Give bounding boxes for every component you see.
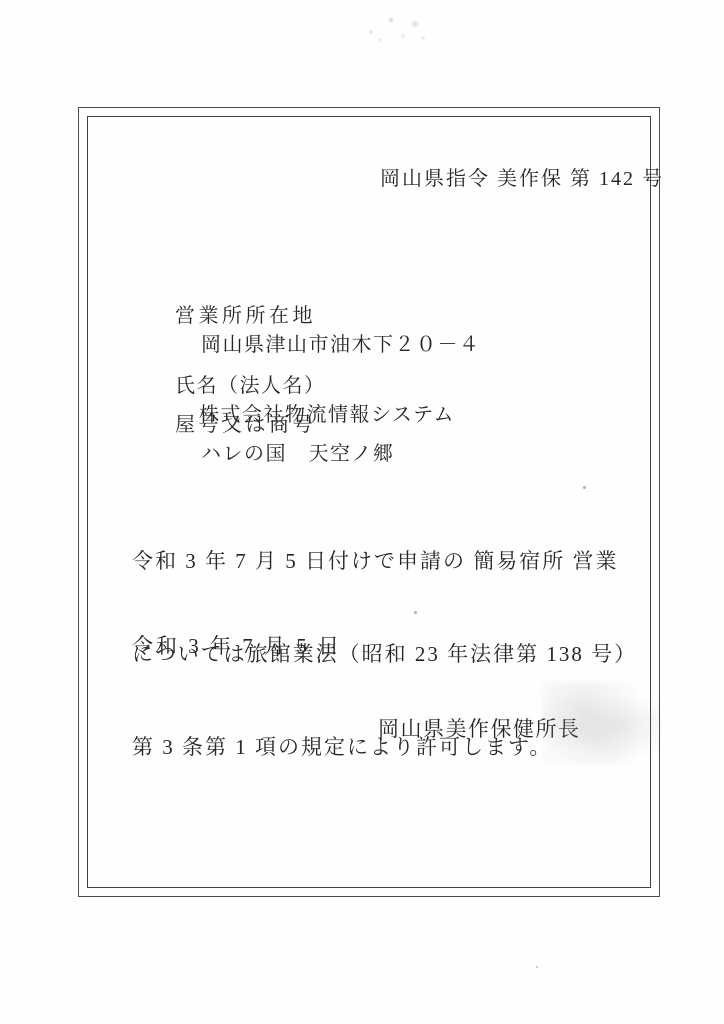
field-trade-name: 屋号又は商号 ハレの国 天空ノ郷 bbox=[155, 385, 395, 489]
scan-speck bbox=[414, 611, 417, 614]
scan-speck bbox=[536, 966, 538, 968]
business-address-label: 営業所所在地 bbox=[175, 305, 316, 327]
document-number: 岡山県指令 美作保 第 142 号 bbox=[380, 162, 664, 191]
scanned-permit-document: 岡山県指令 美作保 第 142 号 営業所所在地 岡山県津山市油木下２０－４ 氏… bbox=[0, 0, 724, 1024]
faded-official-stamp bbox=[542, 682, 660, 764]
trade-name-value: ハレの国 天空ノ郷 bbox=[201, 443, 395, 465]
issue-date: 令和 3 年 7 月 5 日 bbox=[132, 630, 342, 660]
scan-artifact bbox=[355, 8, 435, 48]
scan-speck bbox=[583, 486, 586, 489]
permit-body-line-1: 令和 3 年 7 月 5 日付けで申請の 簡易宿所 営業 bbox=[132, 546, 637, 577]
trade-name-label: 屋号又は商号 bbox=[175, 414, 316, 436]
